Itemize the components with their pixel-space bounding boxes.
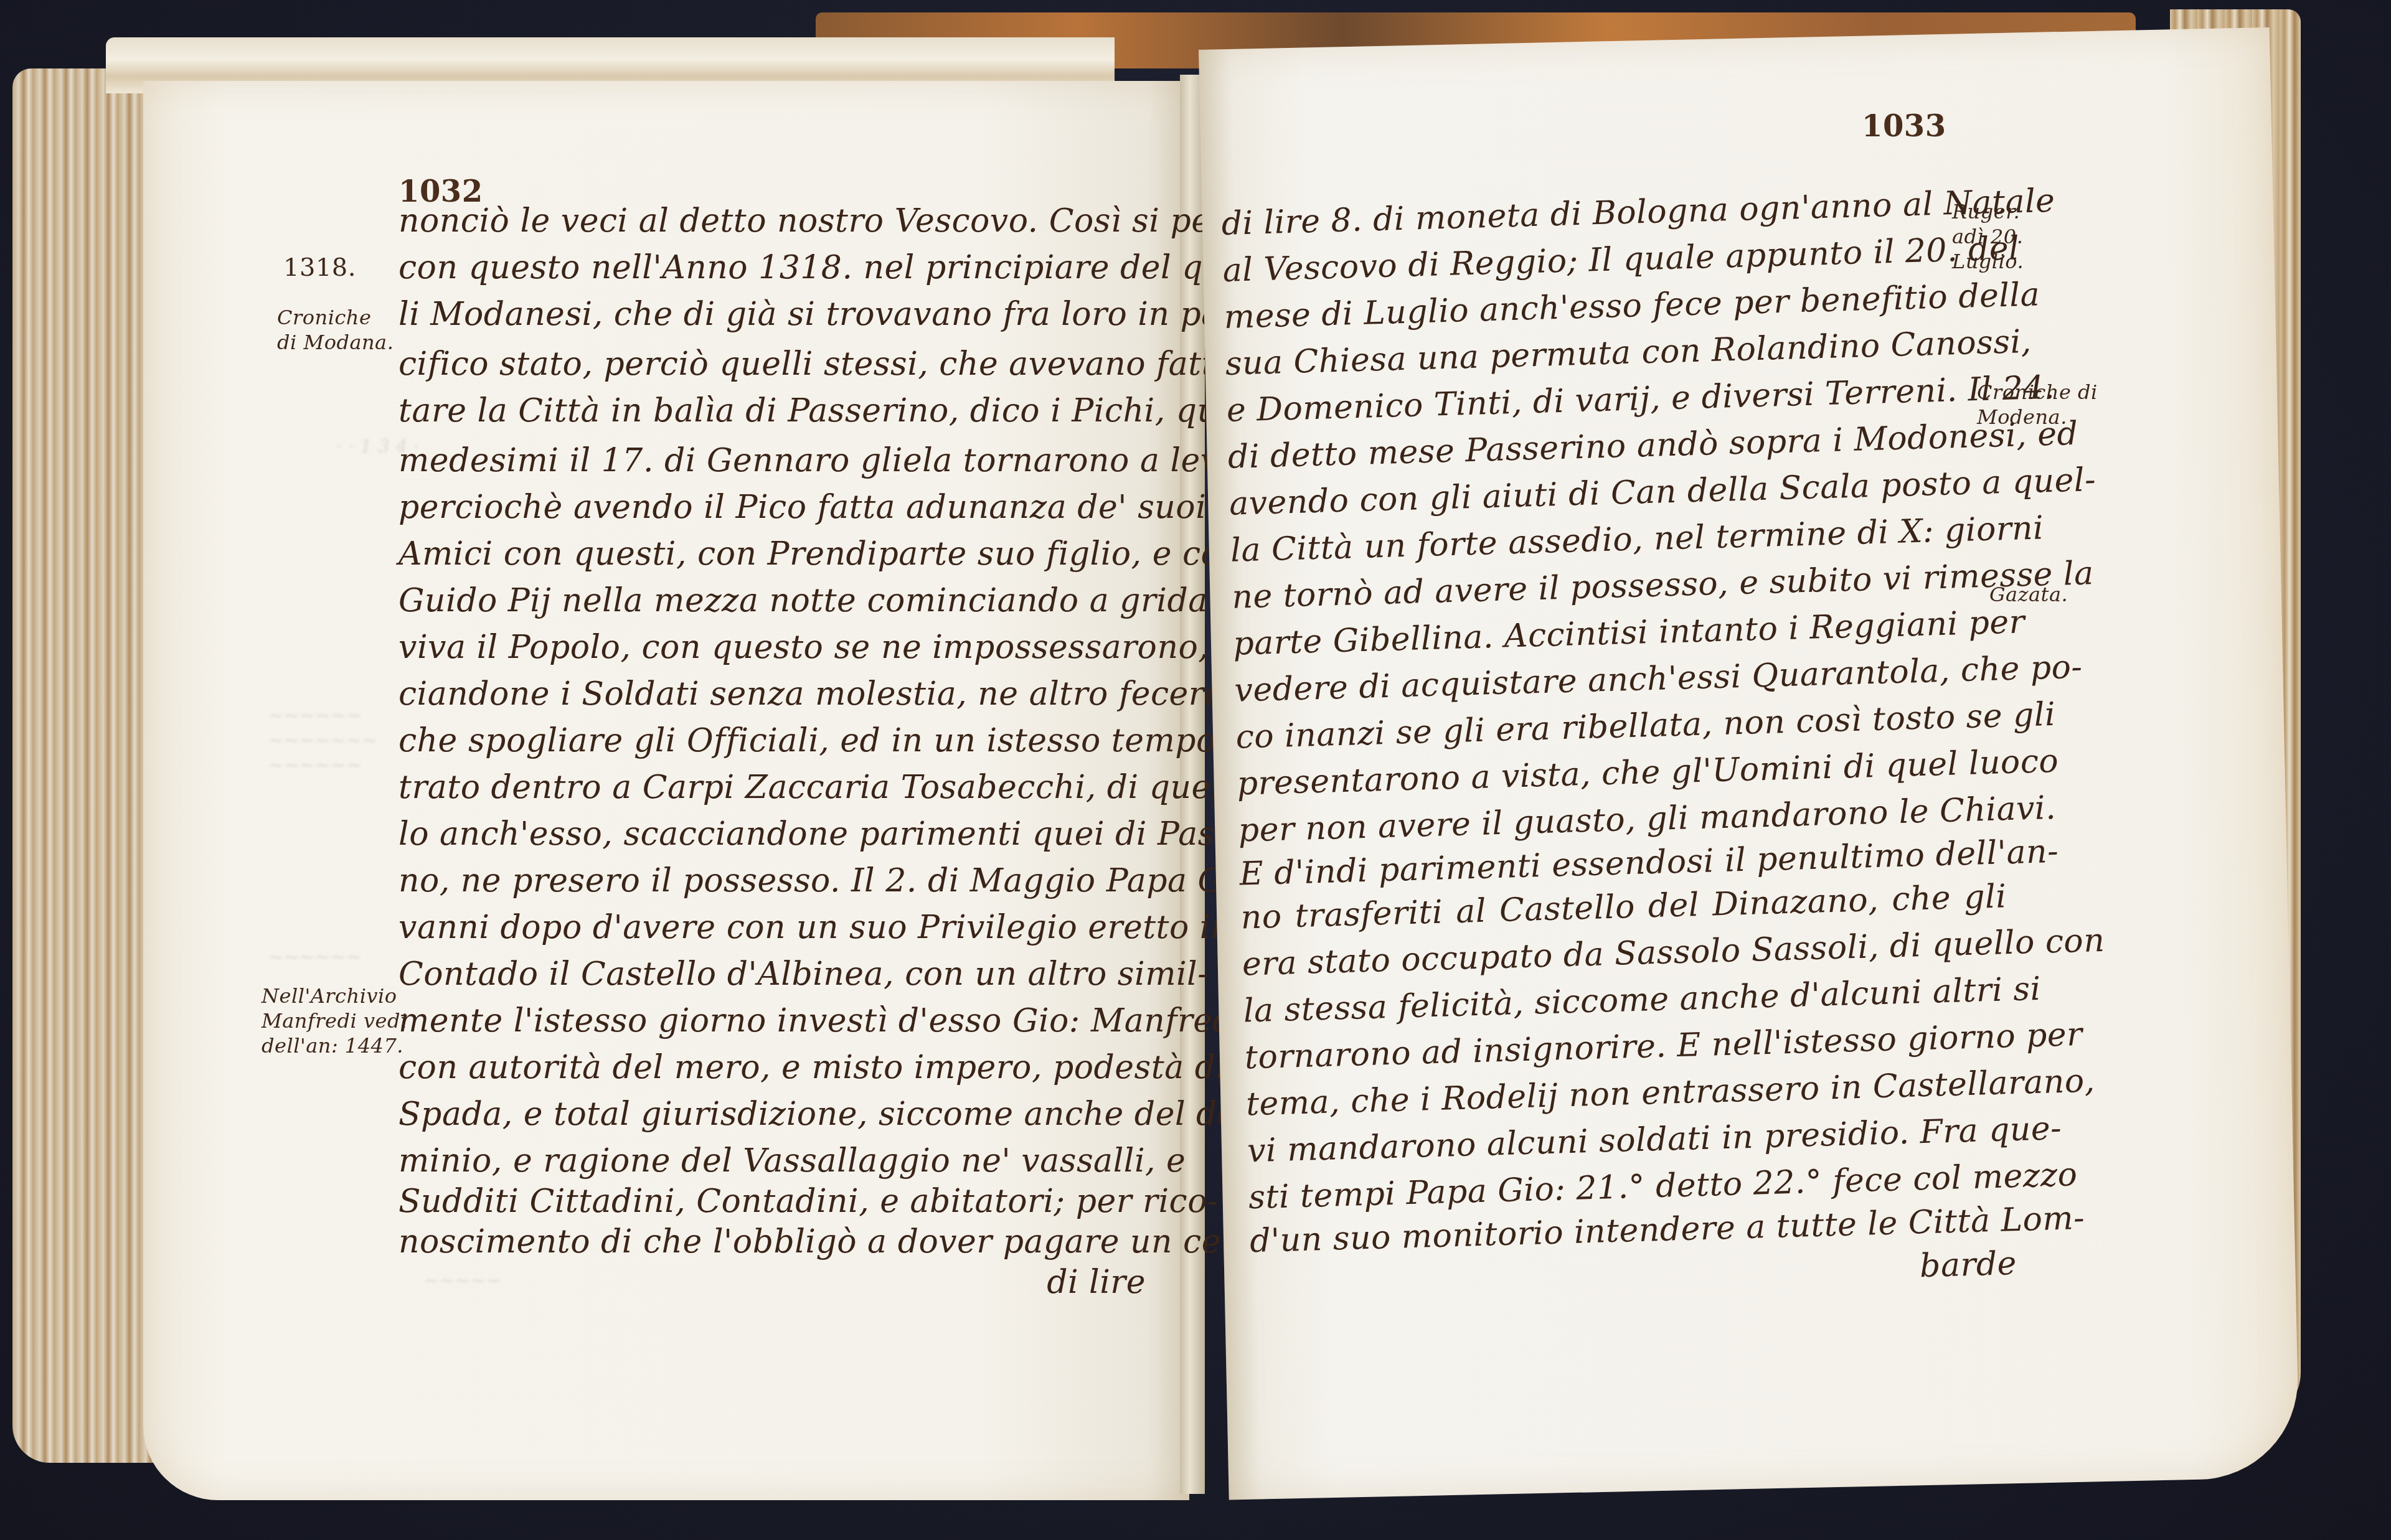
text-line: Contado il Castello d'Albinea, con un al…: [398, 955, 1146, 993]
margin-note-year: 1318.: [283, 255, 356, 280]
catchword: di lire: [398, 1264, 1146, 1301]
bleed-through-mark: ~~~~~~: [268, 946, 362, 968]
text-line: perciochè avendo il Pico fatta adunanza …: [398, 489, 1146, 526]
text-line: viva il Popolo, con questo se ne imposse…: [398, 629, 1146, 666]
text-line: Spada, e total giurisdizione, siccome an…: [398, 1096, 1146, 1133]
text-line: con questo nell'Anno 1318. nel principia…: [398, 249, 1146, 286]
margin-note-line: Croniche: [277, 305, 394, 330]
margin-note-line: di Modana.: [277, 330, 394, 355]
margin-note-line: Nell'Archivio: [262, 984, 407, 1008]
text-line: Guido Pij nella mezza notte cominciando …: [398, 582, 1146, 619]
text-line: medesimi il 17. di Gennaro gliela tornar…: [398, 442, 1146, 479]
margin-note-source: Croniche di Modana.: [277, 305, 394, 355]
text-line: che spogliare gli Officiali, ed in un is…: [398, 722, 1146, 759]
text-line: lo anch'esso, scacciandone parimenti que…: [398, 815, 1146, 853]
page-number-right: 1033: [1862, 109, 1946, 144]
text-line: cifico stato, perciò quelli stessi, che …: [398, 345, 1146, 383]
text-line: Amici con questi, con Prendiparte suo fi…: [398, 535, 1146, 573]
text-line: noscimento di che l'obbligò a dover paga…: [398, 1223, 1146, 1261]
text-line: mente l'istesso giorno investì d'esso Gi…: [398, 1002, 1146, 1040]
text-line: Sudditi Cittadini, Contadini, e abitator…: [398, 1183, 1146, 1220]
text-line: con autorità del mero, e misto impero, p…: [398, 1049, 1146, 1086]
text-line: li Modanesi, che di già si trovavano fra…: [398, 296, 1146, 333]
text-line: ciandone i Soldati senza molestia, ne al…: [398, 675, 1146, 713]
text-line: no, ne presero il possesso. Il 2. di Mag…: [398, 862, 1146, 899]
margin-note-archive: Nell'Archivio Manfredi vedi dell'an: 144…: [262, 984, 407, 1058]
text-line: vanni dopo d'avere con un suo Privilegio…: [398, 909, 1146, 946]
text-line: tare la Città in balìa di Passerino, dic…: [398, 392, 1146, 430]
margin-note-line: Manfredi vedi: [262, 1008, 407, 1033]
text-line: minio, e ragione del Vassallaggio ne' va…: [398, 1142, 1146, 1180]
bleed-through-mark: ~~~~~~~~~~~~~~~~~~~: [268, 703, 377, 778]
text-line: trato dentro a Carpi Zaccaria Tosabecchi…: [398, 769, 1146, 806]
text-line: nonciò le veci al detto nostro Vescovo. …: [398, 202, 1146, 240]
margin-note-line: dell'an: 1447.: [262, 1033, 407, 1058]
